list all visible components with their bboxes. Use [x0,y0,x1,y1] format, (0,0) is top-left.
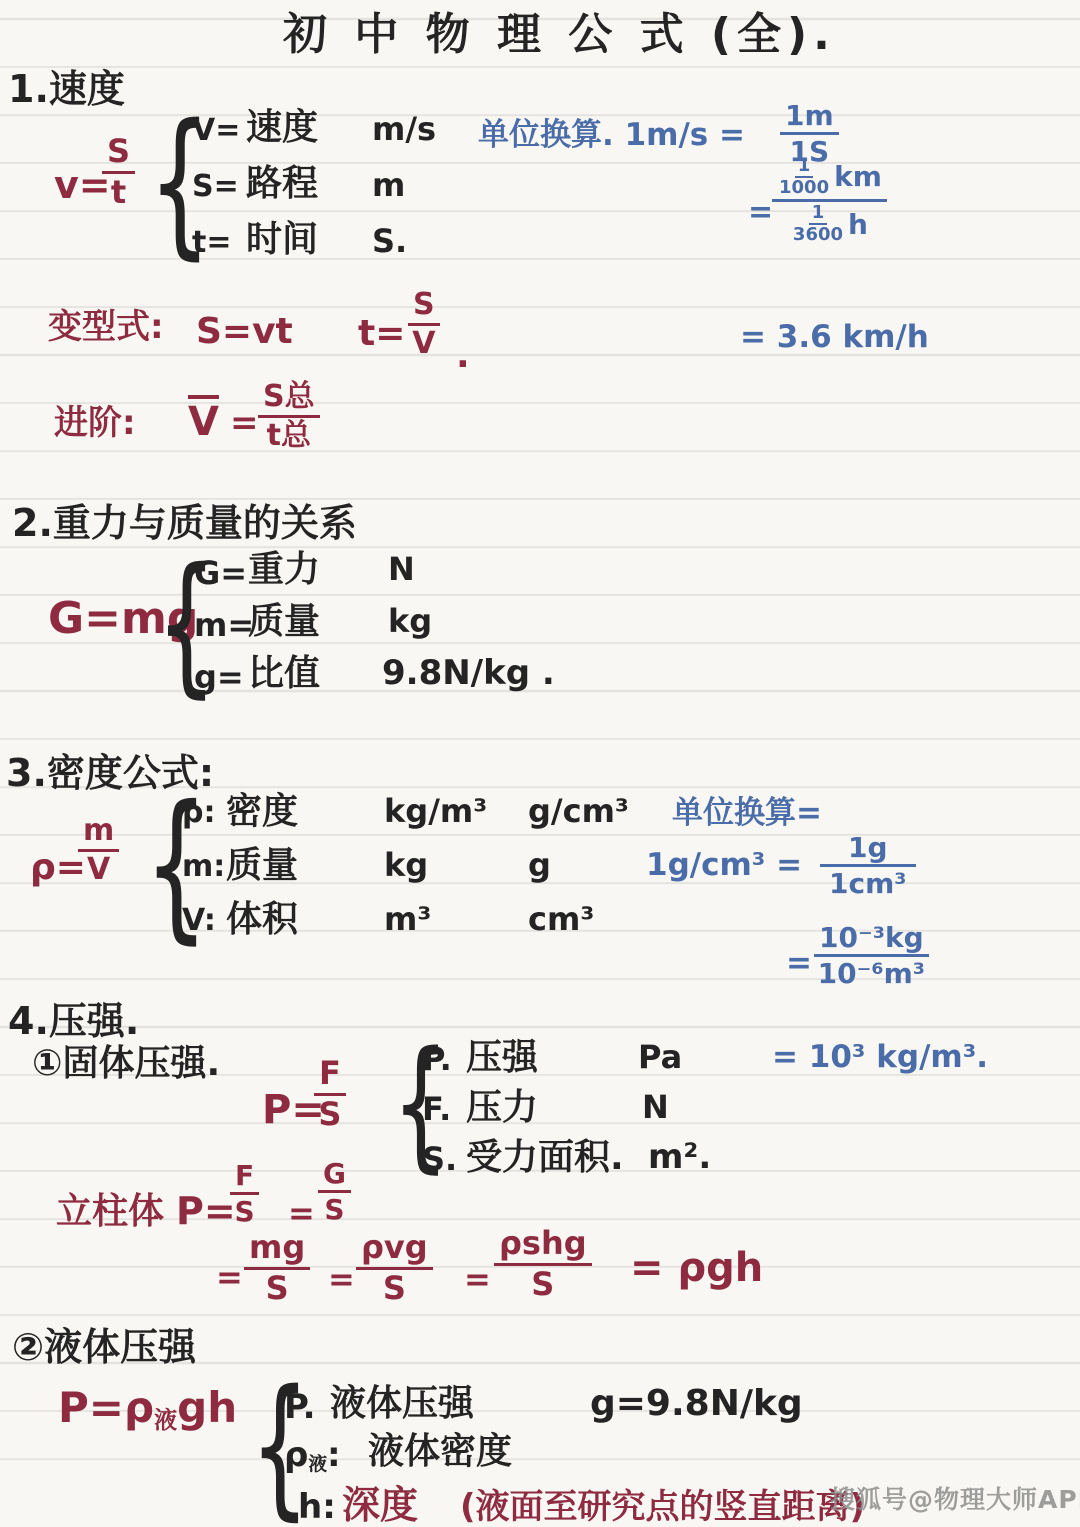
var-unit: kg [388,604,432,640]
var-symbol: V: [182,904,216,938]
solid-pressure-subheading: ①固体压强. [32,1044,220,1084]
var-symbol: F. [422,1092,451,1128]
conversion-result: = 3.6 km/h [740,320,929,355]
unit-conversion-label: 单位换算. 1m/s = [478,118,745,153]
colon: : [327,1435,341,1475]
conversion-lhs: 1g/cm³ = [646,848,802,883]
rho-g-h-result: = ρgh [630,1246,763,1291]
var-name: 深度 [342,1484,418,1527]
unit-label: h [848,209,868,240]
variant-formula-2-lhs: t= [358,314,405,354]
var-name: 重力 [248,550,320,590]
rho-symbol: ρ [284,1435,308,1475]
var-name: 密度 [226,792,298,832]
equals-sign: = [230,404,259,442]
var-symbol: P. [422,1042,452,1078]
numerator: ρshg [494,1226,592,1266]
conversion-result: = 10³ kg/m³. [772,1040,988,1075]
variant-formula-1: S=vt [196,312,293,352]
section1-heading: 1.速度 [8,68,125,111]
numerator: S [408,288,440,326]
watermark: 搜狐号@物理大师APP [830,1486,1080,1514]
var-unit-si: m³ [384,902,431,938]
equals-sign: = [328,1262,355,1298]
denominator: S [263,1270,292,1307]
numerator: mg [244,1230,310,1270]
liquid-pressure-formula: P=ρ液gh [58,1384,237,1435]
equals-sign: = [216,1260,243,1296]
cylinder-formula-lhs: P= [176,1190,236,1233]
cylinder-label: 立柱体 [56,1192,164,1232]
var-unit: S. [372,224,407,260]
denominator: S [528,1266,557,1303]
var-name: 液体压强 [330,1384,474,1424]
var-symbol: h: [298,1488,336,1526]
denominator: 1000 [777,178,831,198]
fraction-f-over-s: F S [230,1160,259,1228]
fraction-total-s-over-total-t: S总 t总 [258,380,320,452]
fraction-s-over-v: S V [408,288,440,360]
fraction-km-per-h: 1 1000 km 1 3600 h [772,156,887,246]
numerator: 1m [780,100,839,135]
advanced-label: 进阶: [54,404,136,442]
fraction-f-over-s: F S [314,1056,346,1133]
var-name: 压强 [466,1038,538,1078]
var-unit: N [642,1090,669,1126]
var-unit-si: kg/m³ [384,794,487,830]
var-symbol: g= [194,660,244,696]
var-unit: m². [648,1138,711,1176]
page-title: 初 中 物 理 公 式 (全). [283,10,836,59]
var-symbol: S. [422,1142,457,1178]
var-unit-si: kg [384,848,428,884]
denominator: S [315,1096,344,1133]
fraction-g-over-s: G S [318,1158,351,1226]
equals-sign: = [786,946,812,981]
numerator: 1 [795,156,814,178]
var-name: 体积 [226,900,298,940]
liquid-subscript: 液 [154,1408,177,1434]
numerator: 1g [820,832,916,867]
var-unit-cgs: cm³ [528,902,594,938]
denominator: t [108,174,129,211]
liquid-pressure-heading: ②液体压强 [12,1326,196,1369]
var-unit-cgs: g [528,848,551,884]
var-name: 时间 [246,220,318,260]
var-symbol: ρ液: [284,1436,341,1477]
var-symbol: P. [284,1388,316,1426]
numerator: F [314,1056,346,1096]
denominator: 10⁻⁶m³ [815,957,928,989]
denominator: 1 3600 h [788,202,871,245]
var-symbol: G= [194,556,247,592]
fraction-kg-over-m3: 10⁻³kg 10⁻⁶m³ [814,922,929,990]
var-name: 受力面积. [466,1138,624,1178]
fraction-mg-over-s: mg S [244,1230,310,1307]
var-unit: Pa [638,1040,682,1076]
denominator: t总 [264,418,314,453]
mini-fraction: 1 3600 [791,203,845,245]
numerator: F [230,1160,259,1195]
period-mark: . [456,336,470,376]
numerator: S总 [258,380,320,418]
var-name: 路程 [246,164,318,204]
var-symbol: m= [194,608,254,644]
var-name: 质量 [226,846,298,886]
var-unit: m [372,168,405,204]
numerator: G [318,1158,351,1193]
fraction-m-over-v: m V [78,814,119,886]
var-symbol: ρ: [182,796,215,830]
formula-lhs: P=ρ [58,1383,154,1432]
depth-definition-note: (液面至研究点的竖直距离) [460,1488,865,1526]
denominator: S [380,1270,409,1307]
denominator: S [321,1193,347,1225]
mini-fraction: 1 1000 [777,156,831,198]
g-value-note: g=9.8N/kg [590,1384,803,1424]
var-name: 速度 [246,108,318,148]
variant-label: 变型式: [48,308,164,346]
denominator: 3600 [791,225,845,245]
var-unit-cgs: g/cm³ [528,794,629,830]
var-symbol: S= [192,170,239,204]
unit-conversion-label: 单位换算= [672,796,822,831]
formula-rest: gh [177,1383,237,1432]
numerator: ρvg [356,1230,433,1270]
denominator: 1cm³ [826,867,910,899]
liquid-subscript: 液 [308,1455,327,1476]
numerator: m [78,814,119,852]
notebook-page: { "glyphs": { "brace": "{" }, "title": "… [0,0,1080,1527]
section4-heading: 4.压强. [8,1000,139,1043]
var-name: 质量 [248,602,320,642]
equals-sign: = [748,196,773,230]
var-unit: N [388,552,415,588]
var-name: 压力 [466,1088,538,1128]
numerator: 10⁻³kg [814,922,929,957]
var-unit: 9.8N/kg . [382,654,555,692]
unit-label: km [834,161,882,192]
denominator: V [84,852,113,887]
fraction-s-over-t: S t [102,134,135,211]
denominator: S [231,1195,257,1227]
var-symbol: t= [192,226,231,260]
fraction-rho-shg-over-s: ρshg S [494,1226,592,1303]
denominator: V [409,326,438,361]
numerator: 1 [809,203,828,225]
var-name: 液体密度 [368,1432,512,1472]
var-symbol: m: [182,850,225,884]
equals-sign: = [288,1196,315,1232]
fraction-rho-vg-over-s: ρvg S [356,1230,433,1307]
equals-sign: = [464,1262,491,1298]
var-unit: m/s [372,112,436,148]
var-symbol: V= [192,114,240,148]
fraction-1g-over-1cm3: 1g 1cm³ [820,832,916,900]
v-bar-symbol: V [188,400,219,445]
var-name: 比值 [248,654,320,694]
numerator: 1 1000 km [772,156,887,202]
numerator: S [102,134,135,174]
